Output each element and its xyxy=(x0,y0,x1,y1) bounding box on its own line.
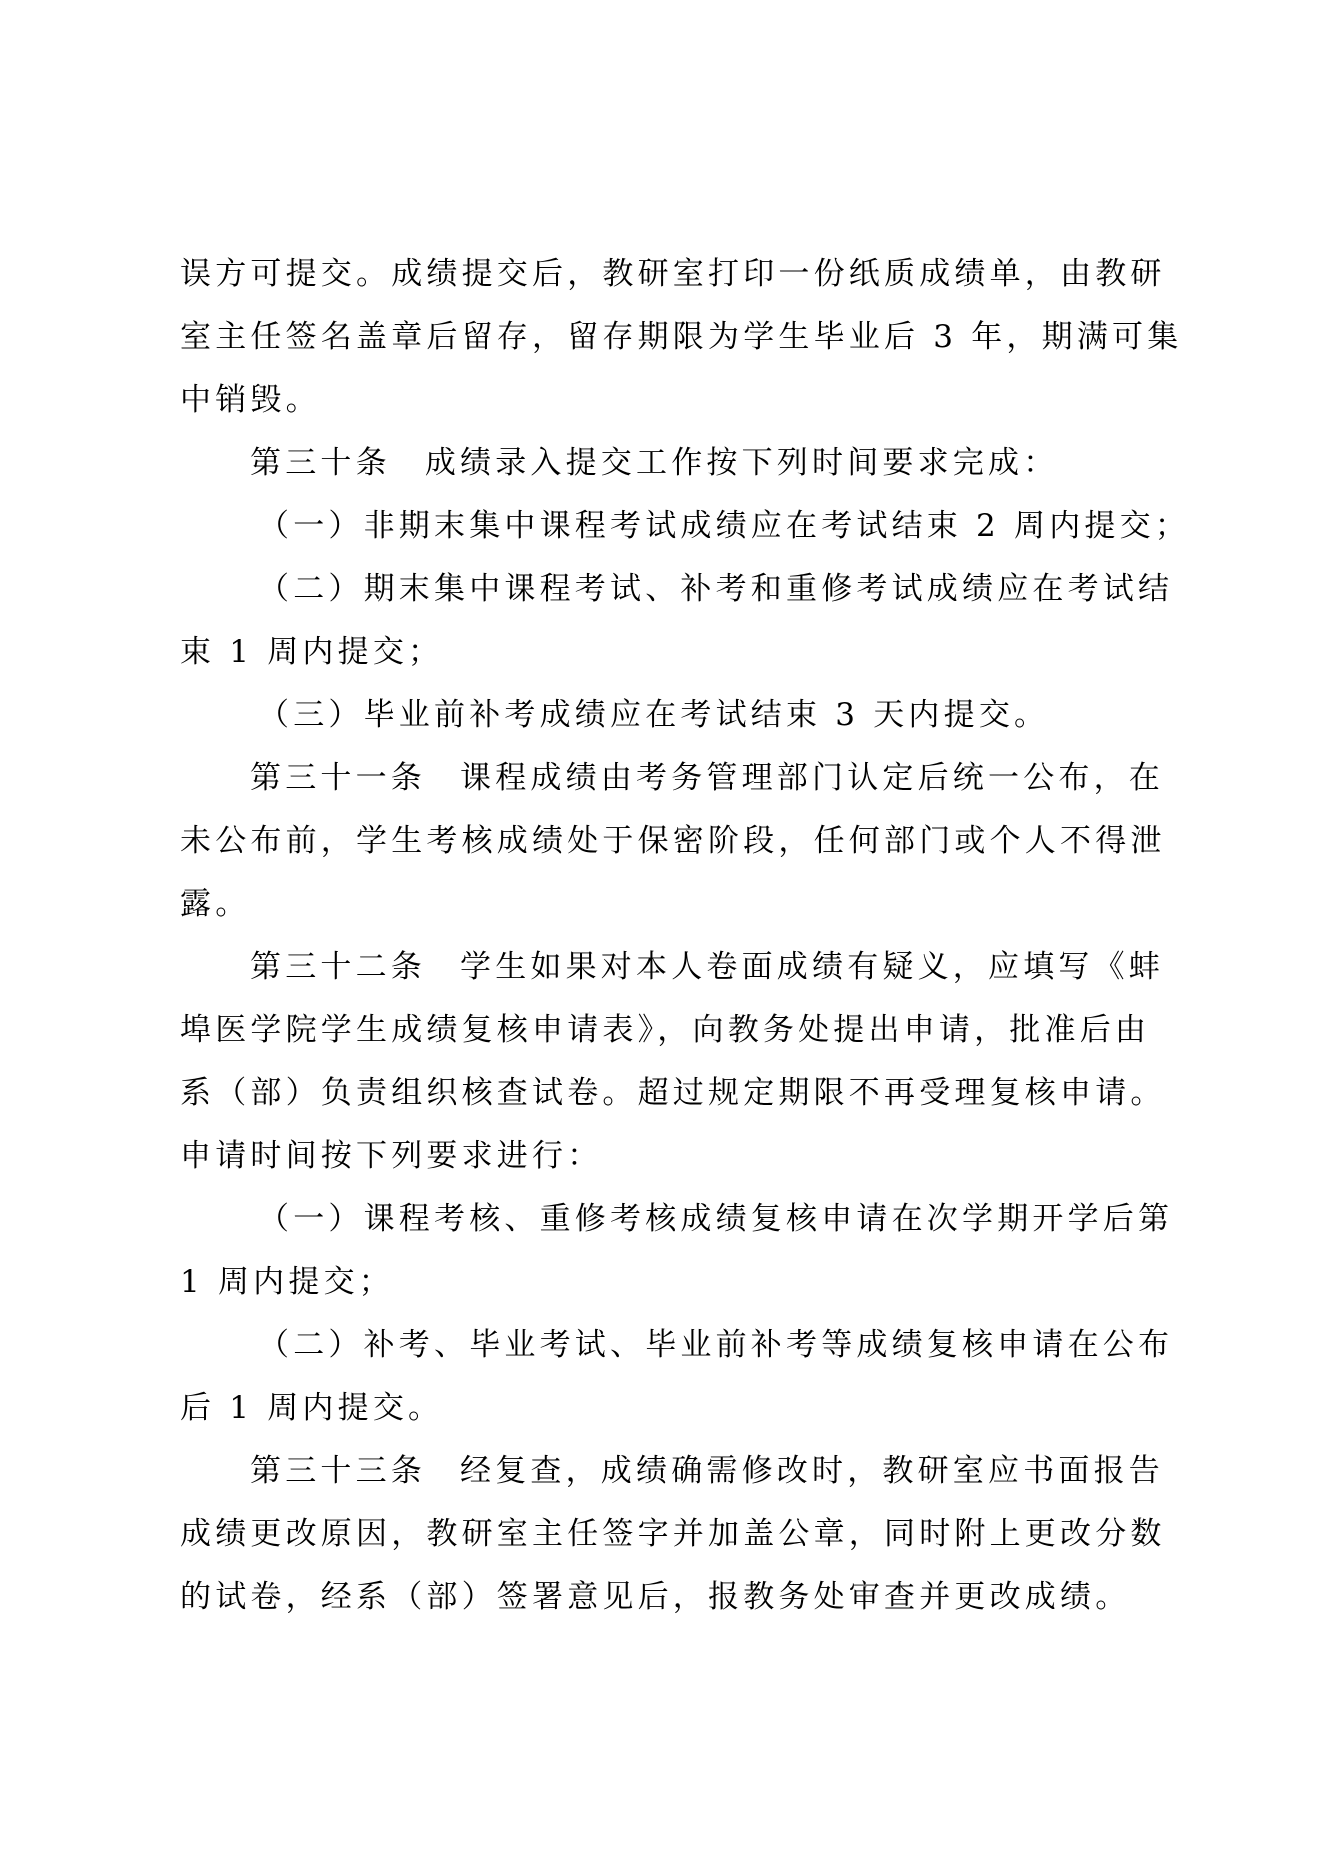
article-text: 成绩录入提交工作按下列时间要求完成： xyxy=(425,445,1059,481)
paragraph-line: 中销毁。 xyxy=(180,369,1165,432)
article-30-line: 第三十条成绩录入提交工作按下列时间要求完成： xyxy=(180,432,1165,495)
article-text: 经复查，成绩确需修改时，教研室应书面报告 xyxy=(460,1453,1164,1489)
article-text: 课程成绩由考务管理部门认定后统一公布，在 xyxy=(460,760,1164,796)
list-item: （二）期末集中课程考试、补考和重修考试成绩应在考试结 xyxy=(180,558,1165,621)
article-heading: 第三十一条 xyxy=(250,760,426,796)
paragraph-line: 露。 xyxy=(180,873,1165,936)
paragraph-line: 埠医学院学生成绩复核申请表》，向教务处提出申请，批准后由 xyxy=(180,999,1165,1062)
article-heading: 第三十二条 xyxy=(250,949,426,985)
list-item: （一）课程考核、重修考核成绩复核申请在次学期开学后第 xyxy=(180,1188,1165,1251)
article-32-line: 第三十二条学生如果对本人卷面成绩有疑义，应填写《蚌 xyxy=(180,936,1165,999)
article-text: 学生如果对本人卷面成绩有疑义，应填写《蚌 xyxy=(460,949,1164,985)
paragraph-line: 未公布前，学生考核成绩处于保密阶段，任何部门或个人不得泄 xyxy=(180,810,1165,873)
paragraph-line: 申请时间按下列要求进行： xyxy=(180,1125,1165,1188)
paragraph-line: 的试卷，经系（部）签署意见后，报教务处审查并更改成绩。 xyxy=(180,1566,1165,1629)
list-item-continuation: 束 1 周内提交； xyxy=(180,621,1165,684)
list-item: （一）非期末集中课程考试成绩应在考试结束 2 周内提交； xyxy=(180,495,1165,558)
article-heading: 第三十三条 xyxy=(250,1453,426,1489)
article-heading: 第三十条 xyxy=(250,445,391,481)
paragraph-line: 误方可提交。成绩提交后，教研室打印一份纸质成绩单，由教研 xyxy=(180,243,1165,306)
document-page: 误方可提交。成绩提交后，教研室打印一份纸质成绩单，由教研 室主任签名盖章后留存，… xyxy=(0,0,1323,1871)
document-body: 误方可提交。成绩提交后，教研室打印一份纸质成绩单，由教研 室主任签名盖章后留存，… xyxy=(180,243,1165,1629)
paragraph-line: 室主任签名盖章后留存，留存期限为学生毕业后 3 年，期满可集 xyxy=(180,306,1165,369)
list-item: （二）补考、毕业考试、毕业前补考等成绩复核申请在公布 xyxy=(180,1314,1165,1377)
article-31-line: 第三十一条课程成绩由考务管理部门认定后统一公布，在 xyxy=(180,747,1165,810)
list-item-continuation: 后 1 周内提交。 xyxy=(180,1377,1165,1440)
paragraph-line: 系（部）负责组织核查试卷。超过规定期限不再受理复核申请。 xyxy=(180,1062,1165,1125)
list-item: （三）毕业前补考成绩应在考试结束 3 天内提交。 xyxy=(180,684,1165,747)
article-33-line: 第三十三条经复查，成绩确需修改时，教研室应书面报告 xyxy=(180,1440,1165,1503)
paragraph-line: 成绩更改原因，教研室主任签字并加盖公章，同时附上更改分数 xyxy=(180,1503,1165,1566)
list-item-continuation: 1 周内提交； xyxy=(180,1251,1165,1314)
